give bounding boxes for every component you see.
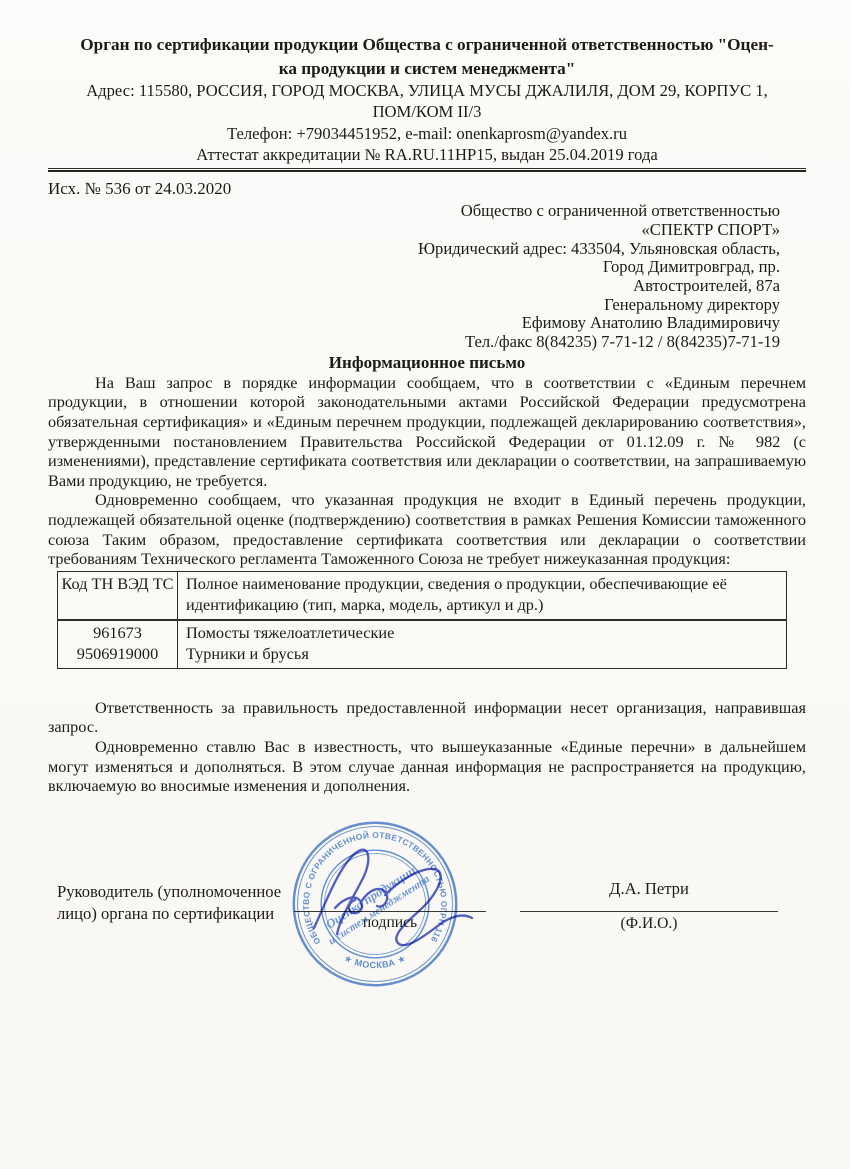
col-header-product-name: Полное наименование продукции, сведения … [178,571,787,620]
col-header-tnved-code: Код ТН ВЭД ТС [58,571,178,620]
letter-title: Информационное письмо [48,353,806,373]
org-title-line-2: ка продукции и систем менеджмента" [48,57,806,81]
code-value: 9506919000 [60,643,175,665]
recipient-line: Автостроителей, 87а [48,277,780,296]
recipient-line: Ефимову Анатолию Владимировичу [48,314,780,333]
product-table: Код ТН ВЭД ТС Полное наименование продук… [57,571,787,669]
scanned-letter-page: Орган по сертификации продукции Общества… [0,0,850,1169]
org-address-line-2: ПОМ/КОМ II/3 [48,101,806,122]
letterhead-divider [48,168,806,172]
body-paragraph-3: Ответственность за правильность предоста… [48,698,806,737]
name-line [520,911,778,912]
table-row: 961673 9506919000 Помосты тяжелоатлетиче… [58,620,787,669]
org-title-line-1: Орган по сертификации продукции Общества… [48,33,806,57]
recipient-line: Город Димитровград, пр. [48,258,780,277]
name-caption: (Ф.И.О.) [520,915,778,933]
body-paragraph-1: На Ваш запрос в порядке информации сообщ… [48,373,806,491]
code-value: 961673 [60,622,175,644]
product-value: Помосты тяжелоатлетические [186,622,778,644]
org-address-line-1: Адрес: 115580, РОССИЯ, ГОРОД МОСКВА, УЛИ… [48,80,806,101]
table-header-row: Код ТН ВЭД ТС Полное наименование продук… [58,571,787,620]
recipient-line: Общество с ограниченной ответственностью [48,202,780,221]
signature-section: Руководитель (уполномоченное лицо) орган… [48,796,806,1141]
recipient-block: Общество с ограниченной ответственностью… [48,202,806,352]
product-value: Турники и брусья [186,643,778,665]
recipient-line: Тел./факс 8(84235) 7-71-12 / 8(84235)7-7… [48,333,780,352]
recipient-line: «СПЕКТР СПОРТ» [48,221,780,240]
cell-codes: 961673 9506919000 [58,620,178,669]
org-phone-email: Телефон: +79034451952, e-mail: onenkapro… [48,123,806,144]
org-accreditation: Аттестат аккредитации № RA.RU.11HP15, вы… [48,144,806,165]
signer-name: Д.А. Петри [520,879,778,899]
outgoing-ref: Исх. № 536 от 24.03.2020 [48,179,806,199]
recipient-line: Генеральному директору [48,296,780,315]
letterhead: Орган по сертификации продукции Общества… [48,33,806,165]
cell-products: Помосты тяжелоатлетические Турники и бру… [178,620,787,669]
handwritten-signature-icon [300,838,496,956]
recipient-line: Юридический адрес: 433504, Ульяновская о… [48,240,780,259]
body-paragraph-4: Одновременно ставлю Вас в известность, ч… [48,737,806,796]
body-paragraph-2: Одновременно сообщаем, что указанная про… [48,490,806,568]
signer-role-label: Руководитель (уполномоченное лицо) орган… [57,881,301,925]
